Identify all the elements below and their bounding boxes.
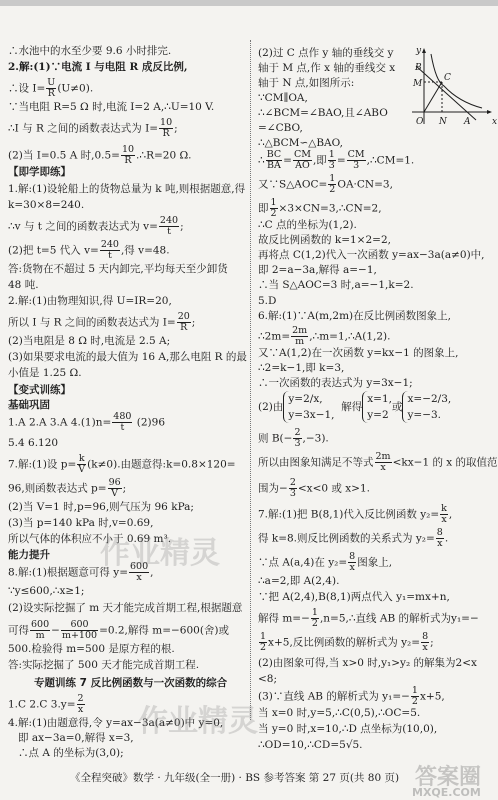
text-line: (3)如果要求电流的最大值为 16 A,那么电阻 R 的最 xyxy=(8,350,247,364)
text-line: ∴2m=2mm,∴m=1,∴A(1,2). xyxy=(258,326,390,347)
text-line: 2.解:(1)∵电流 I 与电阻 R 成反比例, xyxy=(8,60,188,74)
text-line: (2)当 I=0.5 A 时,0.5=10R.∴R=20 Ω. xyxy=(8,145,192,166)
text-line: 解得 m=−12,n=5,∴直线 AB 的解析式为y₁=− xyxy=(258,608,479,629)
text-line: 500.检验得 m=500 是原方程的根. xyxy=(8,642,175,656)
text-line: 1.C 2.C 3.y=2x xyxy=(8,694,86,715)
text-line: 48 吨. xyxy=(8,278,39,292)
text-line: (3)∵直线 AB 的解析式为 y₁=−12x+5, xyxy=(258,686,445,707)
text-line: 可得600m−600m+100=0.2,解得 m=−600(舍)或 xyxy=(8,620,229,641)
text-line: 又∵A(1,2)在一次函数 y=kx−1 的图象上, xyxy=(258,346,458,360)
arrow-icon xyxy=(487,110,492,114)
section-heading: 【即学即练】 xyxy=(8,165,71,179)
label-n: N xyxy=(438,117,448,127)
text-line: ∵CM∥OA, xyxy=(258,91,308,105)
text-line: ∵点 A(a,4)在 y₂=8x图象上, xyxy=(258,552,392,573)
segment-oc xyxy=(424,82,442,112)
label-c: C xyxy=(444,73,451,83)
page-footer: 《全程突破》数学 · 九年级(全一册) · BS 参考答案 第 27 页(共 8… xyxy=(70,770,399,785)
text-line: (2)过 C 点作 y 轴的垂线交 y xyxy=(258,46,393,60)
label-a: A xyxy=(463,117,471,127)
text-line: ∴OD=10,∴CD=5√5. xyxy=(258,738,363,752)
text-line: 1.解:(1)设轮船上的货物总量为 k 吨,则根据题意,得 xyxy=(8,182,245,196)
text-line: 答:实际挖掘了 500 天才能完成首期工程. xyxy=(8,658,199,672)
text-line: ∴△BCM∽△BAO, xyxy=(258,136,343,150)
text-line: ∴C 点的坐标为(1,2). xyxy=(258,218,357,232)
text-line: 2.解:(1)由物理知识,得 U=IR=20, xyxy=(8,294,172,308)
text-line: 所以由图象知满足不等式2mx<kx−1 的 x 的取值范 xyxy=(258,452,498,473)
text-line: k=30×8=240. xyxy=(8,198,84,212)
text-line: 得 k=8.则反比例函数的关系式为 y₂=8x. xyxy=(258,528,448,549)
text-line: 即 2=a−3a,解得 a=−1, xyxy=(258,263,377,277)
text-line: ∵把 A(2,4),B(8,1)两点代入 y₁=mx+n, xyxy=(258,590,450,604)
text-line: 7.解:(1)设 p=kV(k≠0).由题意得:k=0.8×120= xyxy=(8,454,236,475)
text-line: 1.A 2.A 3.A 4.(1)n=480t (2)96 xyxy=(8,412,165,433)
text-line: ∴当 S△AOC=3 时,a=−1,k=2. xyxy=(258,278,414,292)
text-line: ∴水池中的水至少要 9.6 小时排完. xyxy=(8,44,171,58)
watermark: 作业精灵 xyxy=(138,696,258,740)
label-o: O xyxy=(416,117,424,127)
text-line: ∵当电阻 R=5 Ω 时,电流 I=2 A,∴U=10 V. xyxy=(8,100,214,114)
text-line: ∴v 与 t 之间的函数表达式为 v=240t; xyxy=(8,216,184,237)
text-line: 96,则函数表达式 p=96V; xyxy=(8,478,126,499)
text-line: 6.解:(1)∵A(m,2m)在反比例函数图象上, xyxy=(258,309,451,323)
text-line: 又∵S△AOC=12OA·CN=3, xyxy=(258,174,393,195)
text-line: 即 ax−3a=0,解得 x=3, xyxy=(18,731,134,745)
text-line: 7.解:(1)把 B(8,1)代入反比例函数 y₂=kx, xyxy=(258,504,452,525)
text-line: 所以 I 与 R 之间的函数表达式为 I=20R; xyxy=(8,312,195,333)
label-m: M xyxy=(412,79,423,89)
label-x: x xyxy=(492,117,497,127)
section-heading: 能力提升 xyxy=(8,548,50,562)
text-line: 轴于 M 点,作 x 轴的垂线交 x xyxy=(258,61,395,75)
section-heading: 基础巩固 xyxy=(8,398,50,412)
text-line: ∴I 与 R 之间的函数表达式为 I=10R; xyxy=(8,118,178,139)
text-line: ∴∠BCM=∠BAO,且∠ABO xyxy=(258,106,388,120)
text-line: 5.D xyxy=(258,294,276,308)
text-line: (2)当 V=1 时,p=96,则气压为 96 kPa; xyxy=(8,500,194,514)
text-line: (2)设实际挖掘了 m 天才能完成首期工程,根据题意 xyxy=(8,601,242,615)
text-line: 12x+5,反比例函数的解析式为 y₂=8x; xyxy=(258,632,434,653)
text-line: ∴2=k−1,即 k=3, xyxy=(258,361,344,375)
label-b: B xyxy=(414,63,422,73)
section-heading: 【变式训练】 xyxy=(8,383,71,397)
text-line: (2)由图象可得,当 x>0 时,y₁>y₂ 的解集为2<x xyxy=(258,656,477,670)
hyperbola-curve xyxy=(431,54,482,108)
text-line: 当 y=0 时,x=10,∴D 点坐标为(10,0), xyxy=(258,722,437,736)
text-line: 5.4 6.120 xyxy=(8,436,58,450)
text-line: ∵y≤600,∴x≥1; xyxy=(8,584,84,598)
page-top-edge xyxy=(0,0,498,6)
text-line: 则 B(−23,−3). xyxy=(258,428,329,449)
column-divider xyxy=(250,40,251,720)
arrow-icon xyxy=(422,48,426,53)
text-line: 故反比例函数的 k=1×2=2, xyxy=(258,233,391,247)
text-line: ∴设 I=UR(U≠0). xyxy=(8,78,93,99)
text-line: ∴一次函数的表达式为 y=3x−1; xyxy=(258,376,413,390)
text-line: 小值是 1.25 Ω. xyxy=(8,366,82,380)
text-line: ∴点 A 的坐标为(3,0); xyxy=(18,746,124,760)
text-line: 即12×3×CN=3,∴CN=2, xyxy=(258,198,382,219)
text-line: =∠CBO, xyxy=(258,121,303,135)
text-line: ∴BCBA=CMAO,即13=CM3,∴CM=1. xyxy=(258,150,414,171)
text-line: 再将点 C(1,2)代入一次函数 y=ax−3a(a≠0)中, xyxy=(258,248,485,262)
text-line: ∴a=2,即 A(2,4). xyxy=(258,574,339,588)
watermark: 作业精灵 xyxy=(100,528,220,572)
text-line: 轴于 N 点,如图所示: xyxy=(258,76,354,90)
section-heading: 专题训练 7 反比例函数与一次函数的综合 xyxy=(34,676,227,690)
text-line: (2)当电阻是 8 Ω 时,电流是 2.5 A; xyxy=(8,334,170,348)
text-line: <8; xyxy=(258,672,277,686)
equation-system: (2)由y=2/x,y=3x−1, 解得x=1,y=2或x=−2/3,y=−3. xyxy=(258,391,451,423)
label-y: y xyxy=(415,46,422,56)
text-line: 答:货物在不超过 5 天内卸完,平均每天至少卸货 xyxy=(8,262,228,276)
watermark-url: MXQE.COM xyxy=(412,786,481,799)
text-line: (2)把 t=5 代入 v=240t,得 v=48. xyxy=(8,240,170,261)
text-line: 围为−23<x<0 或 x>1. xyxy=(258,478,370,499)
geometry-diagram: y x B M C O N A xyxy=(404,44,498,128)
text-line: 当 x=0 时,y=5,∴C(0,5),∴OC=5. xyxy=(258,706,420,720)
